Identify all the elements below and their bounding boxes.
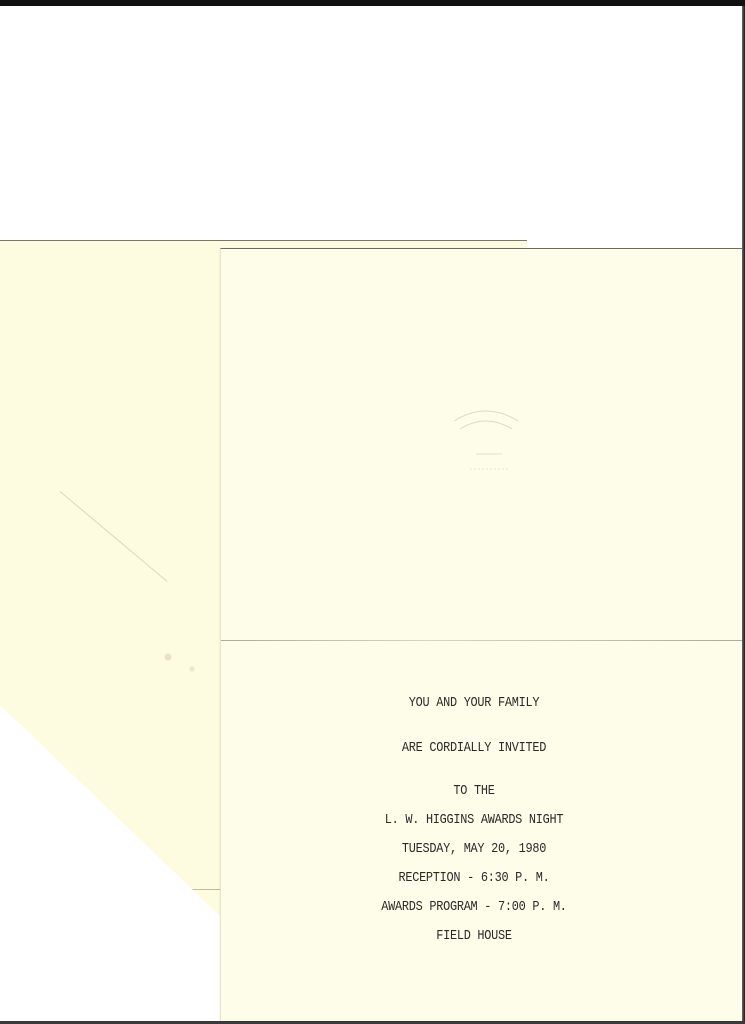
envelope-stain — [150, 641, 210, 681]
invitation-line-event-name: L. W. HIGGINS AWARDS NIGHT — [244, 813, 703, 828]
invitation-line-reception: RECEPTION - 6:30 P. M. — [244, 871, 703, 886]
card-fold-line — [221, 640, 743, 641]
invitation-line-to-the: TO THE — [244, 784, 703, 799]
envelope-crease — [60, 491, 168, 582]
invitation-line-greeting: YOU AND YOUR FAMILY — [244, 696, 703, 711]
invitation-line-invited: ARE CORDIALLY INVITED — [244, 741, 703, 756]
scanner-top-edge — [0, 0, 745, 6]
envelope-fold-line — [0, 889, 220, 890]
embossed-seal-icon — [446, 379, 526, 479]
invitation-card: YOU AND YOUR FAMILY ARE CORDIALLY INVITE… — [220, 248, 743, 1022]
invitation-line-program: AWARDS PROGRAM - 7:00 P. M. — [244, 900, 703, 915]
invitation-line-date: TUESDAY, MAY 20, 1980 — [244, 842, 703, 857]
invitation-line-location: FIELD HOUSE — [244, 929, 703, 944]
scanned-page: YOU AND YOUR FAMILY ARE CORDIALLY INVITE… — [0, 0, 745, 1024]
